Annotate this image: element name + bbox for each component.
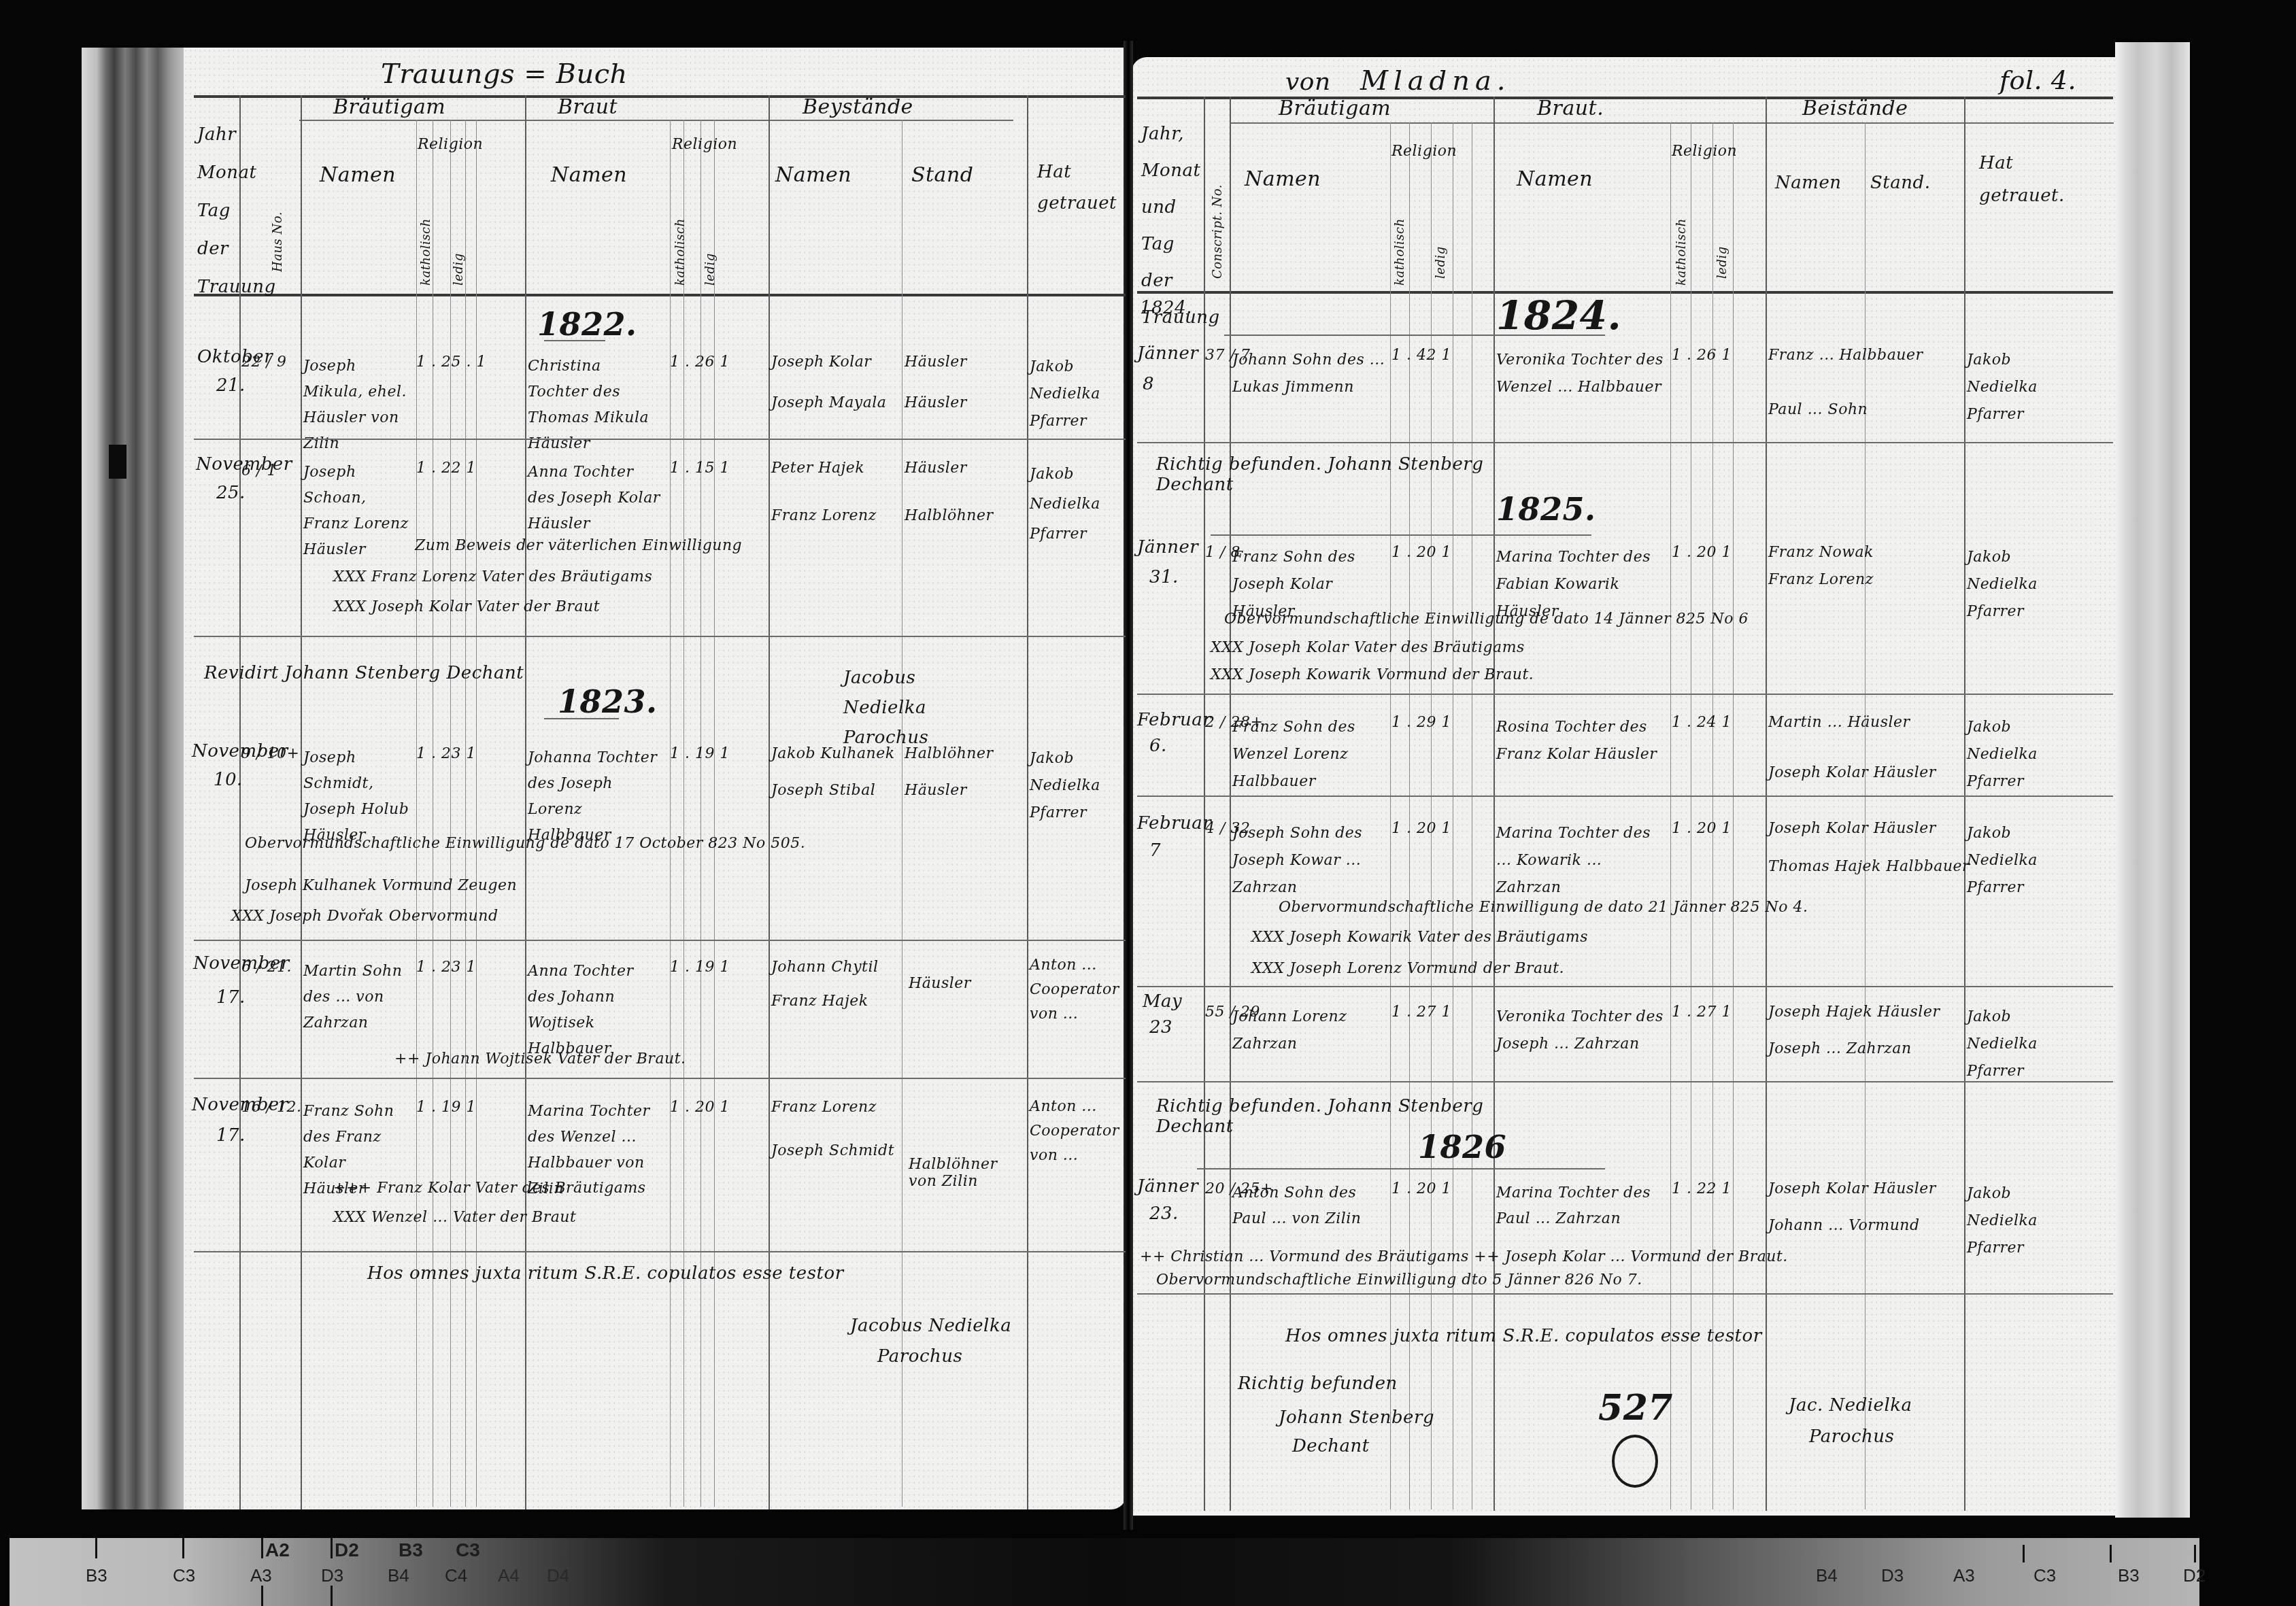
col-line <box>1733 122 1734 1509</box>
ruler-tick <box>95 1538 97 1558</box>
entry-house: 22 / 9 <box>241 354 286 371</box>
entry-house: 16 / 12. <box>241 1099 301 1116</box>
year-marker: 1822. <box>537 306 637 343</box>
revision-text: Richtig befunden <box>1238 1373 1398 1394</box>
header-groom-religion: Religion <box>418 136 448 153</box>
header-house-no: Haus No. <box>271 150 285 272</box>
entry-groom-meta: 1 . 22 1 <box>416 460 476 477</box>
entry-witness: Franz Lorenz <box>771 1099 877 1116</box>
entry-day: 23 <box>1149 1017 1172 1038</box>
entry-groom: Joseph Sohn des Joseph Kowar ... Zahrzan <box>1232 820 1389 902</box>
entry-day: 17. <box>216 1125 246 1146</box>
entry-divider <box>1137 1081 2113 1082</box>
folio-number: fol. 4. <box>1999 65 2076 95</box>
col-line <box>1493 97 1495 1511</box>
entry-month: Jänner <box>1137 343 1198 364</box>
col-line <box>416 120 417 1507</box>
entry-bride: Veronika Tochter des Wenzel ... Halbbaue… <box>1496 347 1666 401</box>
header-bride-religion: Religion <box>1672 143 1702 160</box>
stamp-number: 527 <box>1598 1387 1673 1429</box>
revision-title: Dechant <box>1292 1436 1370 1456</box>
entry-groom: Martin Sohn des ... von Zahrzan <box>303 959 412 1036</box>
entry-bride-meta: 1 . 20 1 <box>1672 544 1732 561</box>
ruler-tick <box>331 1538 333 1558</box>
header-religion-sub: katholisch <box>673 190 688 286</box>
ruler-label: B3 <box>86 1565 107 1586</box>
entry-day: 8 <box>1143 374 1154 394</box>
col-line <box>476 120 477 1507</box>
entry-bride-meta: 1 . 24 1 <box>1672 714 1732 731</box>
entry-witness-status: Häusler <box>909 975 971 992</box>
col-line <box>714 120 715 1507</box>
entry-month: Jänner <box>1137 537 1198 558</box>
entry-officiant: Jakob Nedielka Pfarrer <box>1967 1180 2042 1262</box>
year-marker: 1823. <box>558 683 658 720</box>
entry-day: 6. <box>1149 736 1167 756</box>
header-groom-name: Namen <box>320 163 396 187</box>
ruler-label: D2 <box>2183 1565 2206 1586</box>
entry-note: ++ Christian ... Vormund des Bräutigams … <box>1140 1248 1788 1265</box>
header-status-sub: ledig <box>1715 177 1729 279</box>
header-date: Jahr Monat Tag der Trauung <box>197 116 238 306</box>
entry-groom-meta: 1 . 29 1 <box>1391 714 1451 731</box>
entry-witness-status: Häusler <box>905 354 967 371</box>
entry-witness-status: Halblöhner von Zilin <box>909 1156 1024 1190</box>
entry-month: Februar <box>1137 813 1211 834</box>
header-officiant: Hat getrauet <box>1037 156 1098 219</box>
entry-groom-meta: 1 . 20 1 <box>1391 544 1451 561</box>
entry-note: Zum Beweis der väterlichen Einwilligung <box>415 537 742 554</box>
header-groom-name: Namen <box>1245 167 1321 191</box>
entry-divider <box>1137 1293 2113 1295</box>
entry-note: XXX Wenzel ... Vater der Braut <box>333 1209 576 1226</box>
ruler-label: A2 <box>265 1539 290 1561</box>
header-groom: Bräutigam <box>333 95 445 119</box>
ruler-tick <box>261 1538 263 1558</box>
entry-divider <box>194 1078 1126 1079</box>
entry-divider <box>1137 442 2113 443</box>
entry-note: XXX Joseph Kolar Vater der Braut <box>333 598 600 615</box>
entry-bride-meta: 1 . 20 1 <box>670 1099 730 1116</box>
entry-witness-status: Häusler <box>905 394 967 411</box>
entry-groom-meta: 1 . 19 1 <box>416 1099 476 1116</box>
entry-note: XXX Joseph Lorenz Vormund der Braut. <box>1251 960 1564 977</box>
entry-witness-status: Halblöhner <box>905 507 994 524</box>
signature-title: Parochus <box>877 1346 962 1367</box>
entry-divider <box>1137 694 2113 695</box>
entry-witness: Joseph Kolar Häusler <box>1768 820 1936 837</box>
revision-note: Revidirt Johann Stenberg Dechant <box>204 663 524 683</box>
col-line <box>1766 97 1767 1511</box>
entry-witness: Paul ... Sohn <box>1768 401 1868 418</box>
entry-witness: Franz Lorenz <box>1768 571 1874 588</box>
header-religion-sub: katholisch <box>1393 197 1407 286</box>
col-line <box>301 95 302 1509</box>
header-witnesses: Beistände <box>1802 97 1908 120</box>
signature-name: Jacobus Nedielka <box>850 1316 1011 1336</box>
entry-bride-meta: 1 . 26 1 <box>670 354 730 371</box>
col-line <box>683 120 684 1507</box>
col-line <box>1390 122 1391 1509</box>
entry-groom-meta: 1 . 42 1 <box>1391 347 1451 364</box>
entry-day: 31. <box>1149 567 1179 587</box>
entry-groom: Anton Sohn des Paul ... von Zilin <box>1232 1180 1389 1232</box>
ruler-label: C3 <box>456 1539 480 1561</box>
entry-note: XXX Joseph Kowarik Vormund der Braut. <box>1211 666 1534 683</box>
entry-witness: Franz Lorenz <box>771 507 877 524</box>
title-word-2: Buch <box>556 58 628 90</box>
entry-witness-status: Häusler <box>905 460 967 477</box>
header-bottom-rule <box>1137 291 2113 294</box>
header-religion-sub: katholisch <box>419 190 433 286</box>
entry-day: 23. <box>1149 1203 1179 1224</box>
entry-officiant: Jakob Nedielka Pfarrer <box>1967 820 2042 902</box>
entry-witness: Thomas Hajek Halbbauer <box>1768 858 1970 875</box>
entry-note: Obervormundschaftliche Einwilligung de d… <box>1279 899 1808 916</box>
entry-groom: Johann Sohn des ... Lukas Jimmenn <box>1232 347 1389 401</box>
col-line <box>1865 122 1865 1509</box>
header-bride-name: Namen <box>551 163 627 187</box>
col-line <box>1409 122 1410 1509</box>
entry-month: Jänner <box>1137 1176 1198 1197</box>
header-sub-rule <box>1230 122 2114 124</box>
entry-witness: Johann ... Vormund <box>1768 1217 1920 1234</box>
entry-groom-meta: 1 . 20 1 <box>1391 820 1451 837</box>
entry-note: XXX Franz Lorenz Vater des Bräutigams <box>333 568 652 585</box>
entry-note: XXX Joseph Kolar Vater des Bräutigams <box>1211 639 1525 656</box>
ruler-label: B4 <box>388 1565 409 1586</box>
header-bride: Braut <box>558 95 618 119</box>
entry-bride: Veronika Tochter des Joseph ... Zahrzan <box>1496 1004 1666 1058</box>
entry-witness: Joseph Kolar Häusler <box>1768 764 1936 781</box>
entry-officiant: Jakob Nedielka Pfarrer <box>1030 354 1104 435</box>
entry-groom: Joseph Mikula, ehel. Häusler von Zilin <box>303 354 412 457</box>
entry-bride: Marina Tochter des Paul ... Zahrzan <box>1496 1180 1666 1232</box>
entry-divider <box>1137 986 2113 987</box>
header-witnesses: Beystände <box>803 95 913 119</box>
col-line <box>670 120 671 1507</box>
entry-witness: Franz Nowak <box>1768 544 1874 561</box>
header-witness-name: Namen <box>775 163 851 187</box>
col-line <box>1472 122 1472 1509</box>
entry-bride: Anna Tochter des Joseph Kolar Häusler <box>528 460 664 537</box>
parochus-signature: Jacobus Nedielka Parochus <box>843 663 979 753</box>
entry-officiant: Anton ... Cooperator von ... <box>1030 953 1104 1027</box>
col-line <box>1230 97 1231 1511</box>
entry-divider <box>1137 796 2113 797</box>
ruler-label: C3 <box>173 1565 195 1586</box>
signature-name: Jac. Nedielka <box>1789 1395 1912 1416</box>
year-underline <box>544 718 619 719</box>
entry-witness-status: Halblöhner <box>905 745 994 762</box>
entry-bride-meta: 1 . 15 1 <box>670 460 730 477</box>
ruler-label: A3 <box>1953 1565 1975 1586</box>
entry-note: XXX Joseph Kowarik Vater des Bräutigams <box>1251 929 1588 946</box>
entry-bride: Marina Tochter des ... Kowarik ... Zahrz… <box>1496 820 1666 902</box>
entry-divider <box>194 636 1126 637</box>
header-witness-status: Stand. <box>1870 173 1930 193</box>
col-line <box>1691 122 1691 1509</box>
header-bride-religion: Religion <box>672 136 702 153</box>
entry-bride-meta: 1 . 26 1 <box>1672 347 1732 364</box>
entry-officiant: Jakob Nedielka Pfarrer <box>1967 714 2042 796</box>
entry-witness: Peter Hajek <box>771 460 864 477</box>
year-marker: 1824. <box>1496 292 1621 339</box>
entry-witness: Franz Hajek <box>771 993 868 1010</box>
entry-bride-meta: 1 . 19 1 <box>670 959 730 976</box>
entry-witness: Joseph Kolar Häusler <box>1768 1180 1936 1197</box>
entry-witness: Johann Chytil <box>771 959 879 976</box>
revision-name: Johann Stenberg <box>1279 1407 1434 1428</box>
header-groom: Bräutigam <box>1279 97 1391 120</box>
entry-officiant: Jakob Nedielka Pfarrer <box>1967 347 2042 428</box>
ruler-label: A4 <box>498 1565 520 1586</box>
entry-house: 9 / 10+ <box>241 745 299 762</box>
ruler-label: B4 <box>1816 1565 1838 1586</box>
entry-bride: Johanna Tochter des Joseph Lorenz Halbba… <box>528 745 664 849</box>
col-line <box>1027 95 1028 1509</box>
entry-witness: Joseph ... Zahrzan <box>1768 1040 1912 1057</box>
ruler-label: A3 <box>250 1565 272 1586</box>
entry-officiant: Jakob Nedielka Pfarrer <box>1967 1004 2042 1085</box>
entry-day: 21. <box>216 375 246 396</box>
entry-day: 17. <box>216 987 246 1008</box>
signature-title: Parochus <box>1809 1426 1894 1447</box>
entry-month: Februar <box>1137 710 1211 730</box>
title-word-1: Trauungs <box>381 58 515 90</box>
entry-note: Obervormundschaftliche Einwilligung de d… <box>1224 611 1749 628</box>
ruler-tick <box>182 1538 184 1558</box>
col-line <box>1670 122 1671 1509</box>
entry-witness: Joseph Kolar <box>771 354 871 371</box>
entry-groom: Joseph Schmidt, Joseph Holub Häusler <box>303 745 412 849</box>
entry-bride-meta: 1 . 19 1 <box>670 745 730 762</box>
col-line <box>465 120 466 1507</box>
header-status-sub: ledig <box>703 190 717 286</box>
entry-day: 10. <box>214 770 243 790</box>
col-line <box>902 120 902 1507</box>
col-line <box>450 120 451 1507</box>
year-underline <box>1224 335 1605 336</box>
col-line <box>1712 122 1713 1509</box>
header-witness-status: Stand <box>911 163 974 187</box>
col-line <box>1431 122 1432 1509</box>
header-sub-rule <box>299 120 1013 121</box>
col-line <box>433 120 433 1507</box>
entry-bride: Christina Tochter des Thomas Mikula Häus… <box>528 354 664 457</box>
book-gutter <box>1124 41 1133 1530</box>
col-line <box>700 120 701 1507</box>
entry-note: Joseph Kulhanek Vormund Zeugen <box>245 877 517 894</box>
entry-witness-status: Häusler <box>905 782 967 799</box>
bookmark-tab <box>109 445 126 479</box>
col-line <box>525 95 526 1509</box>
entry-day: 25. <box>216 483 246 503</box>
ruler-label: D4 <box>547 1565 569 1586</box>
ruler-tick <box>2110 1545 2112 1562</box>
ruler-label: D3 <box>1881 1565 1904 1586</box>
ruler-label: C3 <box>2033 1565 2056 1586</box>
year-underline <box>1211 534 1591 536</box>
header-officiant: Hat getrauet. <box>1979 147 2040 212</box>
header-house-no: Conscript. No. <box>1211 150 1225 279</box>
entry-witness: Joseph Stibal <box>771 782 875 799</box>
entry-witness: Martin ... Häusler <box>1768 714 1910 731</box>
year-underline <box>1197 1168 1605 1169</box>
entry-note: +++ Franz Kolar Vater des Bräutigams <box>333 1180 646 1197</box>
title-separator: = <box>524 58 547 90</box>
entry-witness: Joseph Schmidt <box>771 1142 894 1159</box>
entry-witness: Jakob Kulhanek <box>771 745 895 762</box>
book-edge-left <box>82 48 190 1509</box>
header-bride: Braut. <box>1537 97 1604 120</box>
entry-note: Obervormundschaftliche Einwilligung dto … <box>1156 1271 1642 1288</box>
entry-divider <box>194 439 1126 440</box>
header-bride-name: Namen <box>1517 167 1593 191</box>
entry-note: ++ Johann Wojtisek Vater der Braut. <box>394 1050 686 1067</box>
entry-groom-meta: 1 . 20 1 <box>1391 1180 1451 1197</box>
header-status-sub: ledig <box>452 190 466 286</box>
ruler-label: C4 <box>445 1565 467 1586</box>
entry-month: May <box>1143 991 1182 1012</box>
header-groom-religion: Religion <box>1391 143 1421 160</box>
closing-formula: Hos omnes juxta ritum S.R.E. copulatos e… <box>1285 1326 1762 1346</box>
book-edge-right <box>2115 42 2190 1518</box>
entry-bride-meta: 1 . 20 1 <box>1672 820 1732 837</box>
entry-note: XXX Joseph Dvořak Obervormund <box>231 908 499 925</box>
entry-groom: Franz Sohn des Wenzel Lorenz Halbbauer <box>1232 714 1389 796</box>
header-status-sub: ledig <box>1434 177 1448 279</box>
left-title: Trauungs = Buch <box>381 58 628 90</box>
entry-groom-meta: 1 . 23 1 <box>416 745 476 762</box>
entry-bride-meta: 1 . 22 1 <box>1672 1180 1732 1197</box>
year-marker: 1826 <box>1418 1129 1506 1165</box>
entry-officiant: Jakob Nedielka Pfarrer <box>1030 745 1104 827</box>
col-line <box>1453 122 1453 1509</box>
entry-officiant: Jakob Nedielka Pfarrer <box>1967 544 2042 626</box>
entry-groom-meta: 1 . 27 1 <box>1391 1004 1451 1021</box>
right-title-prefix: von <box>1285 68 1331 96</box>
entry-witness: Franz ... Halbbauer <box>1768 347 1923 364</box>
entry-divider <box>194 1251 1126 1252</box>
entry-house: 6 / 1 <box>241 462 277 479</box>
entry-day: 7 <box>1149 840 1161 861</box>
entry-bride: Anna Tochter des Johann Wojtisek Halbbau… <box>528 959 664 1062</box>
entry-groom: Joseph Schoan, Franz Lorenz Häusler <box>303 460 412 563</box>
header-bottom-rule <box>194 294 1126 296</box>
entry-witness: Joseph Hajek Häusler <box>1768 1004 1940 1021</box>
closing-formula: Hos omnes juxta ritum S.R.E. copulatos e… <box>367 1263 844 1284</box>
header-witness-name: Namen <box>1775 173 1842 193</box>
paraph-flourish <box>1612 1435 1658 1488</box>
ruler-tick <box>2194 1545 2196 1562</box>
col-line <box>769 95 770 1509</box>
entry-divider <box>194 940 1126 941</box>
year-marker: 1825. <box>1496 491 1596 528</box>
entry-year: 1824. <box>1140 298 1192 318</box>
entry-officiant: Jakob Nedielka Pfarrer <box>1030 460 1104 549</box>
header-religion-sub: katholisch <box>1674 197 1689 286</box>
entry-groom: Johann Lorenz Zahrzan <box>1232 1004 1389 1058</box>
entry-note: Obervormundschaftliche Einwilligung de d… <box>245 835 805 852</box>
measurement-ruler: A2 D2 B3 C3 B3 C3 A3 D3 B4 C4 A4 D4 B4 D… <box>10 1538 2199 1606</box>
ruler-tick <box>2023 1545 2025 1562</box>
entry-bride: Rosina Tochter des Franz Kolar Häusler <box>1496 714 1666 768</box>
right-title-place: Mladna. <box>1360 65 1511 97</box>
entry-groom-meta: 1 . 25 . 1 <box>416 354 486 371</box>
entry-groom-meta: 1 . 23 1 <box>416 959 476 976</box>
ruler-label: D2 <box>335 1539 359 1561</box>
col-line <box>1964 97 1965 1511</box>
ruler-label: B3 <box>2118 1565 2140 1586</box>
ruler-label: D3 <box>321 1565 343 1586</box>
ruler-label: B3 <box>399 1539 423 1561</box>
entry-house: 6 / 21. <box>241 959 292 976</box>
entry-bride-meta: 1 . 27 1 <box>1672 1004 1732 1021</box>
revision-note: Richtig befunden. Johann Stenberg Dechan… <box>1156 454 1510 495</box>
col-line <box>239 95 241 1509</box>
entry-witness: Joseph Mayala <box>771 394 886 411</box>
ruler-tick <box>331 1586 333 1606</box>
ruler-tick <box>261 1586 263 1606</box>
year-underline <box>544 340 605 341</box>
entry-officiant: Anton ... Cooperator von ... <box>1030 1095 1104 1168</box>
